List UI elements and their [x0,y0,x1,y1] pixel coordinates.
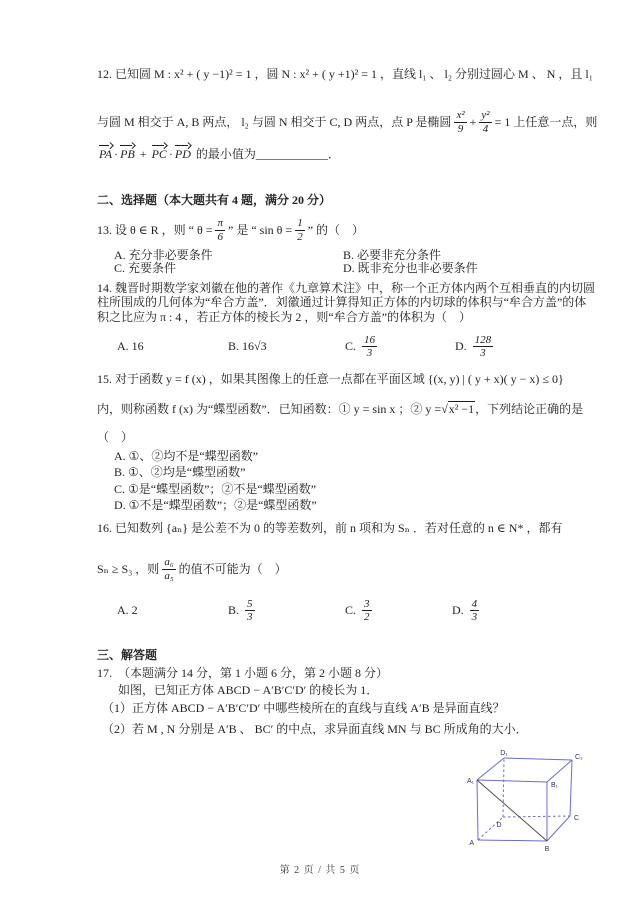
q15-line2-pre: 内，则称函数 f (x) 为“蝶型函数”．已知函数：① y = sin x ；②… [97,402,441,417]
q12-frac-y-num: y² [479,109,491,122]
q15-option-d: D. ①不是“蝶型函数”；②是“蝶型函数” [114,498,317,513]
cube-vertex-label-a: A [469,840,474,847]
q13-frac-a-num: π [215,217,225,230]
cube-edge-dc [503,816,570,817]
q16-option-b-label: B. [228,603,239,618]
cube-vertex-label-c1: C₁ [575,754,583,761]
cube-edge-d1c1 [504,758,572,760]
q14-line-3: 积之比应为 π : 4 ，若正方体的棱长为 2 ，则“牟合方盖”的体积为（ ） [97,310,471,325]
cube-edge-dd1 [503,758,504,817]
q12-vector-pb: PB [120,147,135,162]
q14-option-b: B. 16√3 [228,333,267,360]
q16-option-c-label: C. [345,603,356,618]
cube-vertex-label-b: B [545,846,550,853]
cube-edge-c1b1 [547,760,572,782]
q12-line2-pre: 与圆 M 相交于 A, B 两点， l₂ 与圆 N 相交于 C, D 两点，点 … [97,115,451,130]
q12-vector-pd: PD [175,147,191,162]
q16-option-b: B. 5 3 [228,597,258,624]
q12-frac-x-num: x² [454,109,466,122]
q14-line-2: 柱所围成的几何体为“牟合方盖”．刘徽通过计算得知正方体的内切球的体积与“牟合方盖… [97,295,586,310]
q14-option-c-den: 3 [365,347,375,359]
cube-vertex-label-b1: B₁ [551,782,559,789]
q16-option-d: D. 4 3 [452,597,482,624]
q12-line3-post: 的最小值为____________． [196,147,340,161]
q12-vector-pa: PA [99,147,112,162]
q16-line-1: 16. 已知数列 {aₙ} 是公差不为 0 的等差数列，前 n 项和为 Sₙ ．… [97,521,562,536]
q12-line-1: 12. 已知圆 M : x² + ( y −1)² = 1 ，圆 N : x² … [97,67,593,82]
q12-ellipse-frac-x: x² 9 [454,109,466,134]
q14-option-d-den: 3 [478,347,488,359]
q16-option-a: A. 2 [117,597,138,624]
q16-line2-post: 的值不可能为（ ） [179,562,287,577]
q15-line2-post: ，下列结论正确的是 [475,402,583,417]
q12-plus-sign: + [470,115,477,130]
q13-option-c: C. 充要条件 [114,261,176,276]
q13-pre: 13. 设 θ ∈ R ，则 “ θ = [97,223,212,238]
q12-dot-1: · [114,147,118,161]
q16-frac-a6-a5: a₆ a₅ [162,556,175,581]
q14-line-1: 14. 魏晋时期数学家刘徽在他的著作《九章算术注》中，称一个正方体内两个互相垂直… [97,281,595,296]
q14-option-a-label: A. 16 [117,339,144,354]
q16-option-c-frac: 3 2 [362,598,372,623]
cube-vertex-label-c: C [574,815,579,822]
cube-vertex-label-a1: A₁ [467,778,475,785]
q15-line-3: （ ） [97,430,133,445]
q12-line2-post: = 1 上任意一点，则 [495,115,598,130]
q14-option-a: A. 16 [117,333,144,360]
q12-frac-x-den: 9 [456,123,466,135]
q16-option-c-den: 2 [362,611,372,623]
q14-option-c-frac: 16 3 [362,334,377,359]
q12-ellipse-frac-y: y² 4 [479,109,491,134]
q16-option-b-num: 5 [245,598,255,611]
cube-vertex-label-d1: D₁ [500,750,508,757]
section-3-title: 三、解答题 [97,648,157,663]
q17-line-1: 17. （本题满分 14 分，第 1 小题 6 分，第 2 小题 8 分） [97,666,388,681]
q16-option-c-num: 3 [362,598,372,611]
q15-option-c: C. ①是“蝶型函数”；②不是“蝶型函数” [114,482,316,497]
q13-option-d: D. 既非充分也非必要条件 [343,261,478,276]
q13-frac-1-2: 1 2 [295,217,305,242]
q13-frac-pi-6: π 6 [215,217,225,242]
q16-option-d-den: 3 [470,611,480,623]
cube-edge-cc1 [570,760,572,816]
q14-option-b-label: B. 16√3 [228,339,267,354]
q15-sqrt-body: x² −1 [448,401,475,417]
q14-option-d-num: 128 [473,334,494,347]
cube-edge-aa1 [477,780,478,840]
q17-item-1: （1）正方体 ABCD − A′B′C′D′ 中哪些棱所在的直线与直线 A′B … [102,701,505,716]
q14-option-d: D. 128 3 [455,333,496,360]
q16-option-c: C. 3 2 [345,597,375,624]
q16-option-d-label: D. [452,603,464,618]
cube-edge-ab [478,840,547,841]
q16-frac-num: a₆ [162,556,175,569]
q17-item-2: （2）若 M , N 分别是 A′B 、 BC′ 的中点，求异面直线 MN 与 … [102,722,528,737]
cube-figure: A₁ B₁ C₁ D₁ A B C D [466,746,606,864]
cube-edge-b1a1 [477,780,547,782]
cube-diagonal-a1b [477,780,547,841]
cube-vertex-label-d: D [496,822,501,829]
q13-stem: 13. 设 θ ∈ R ，则 “ θ = π 6 ” 是 “ sin θ = 1… [97,214,364,246]
q17-line-2: 如图，已知正方体 ABCD − A′B′C′D′ 的棱长为 1． [118,683,378,698]
q12-plus-2: + [140,147,147,161]
q14-option-c-num: 16 [362,334,377,347]
q12-line-3: PA·PB + PC·PD 的最小值为____________． [97,147,340,162]
q16-option-b-den: 3 [245,611,255,623]
cube-hidden-edges [478,758,570,840]
cube-solid-edges [477,758,572,841]
q14-option-c: C. 16 3 [345,333,380,360]
exam-page: 12. 已知圆 M : x² + ( y −1)² = 1 ，圆 N : x² … [0,0,640,905]
q16-line2-pre: Sₙ ≥ S₃ ，则 [97,562,159,577]
page-footer: 第 2 页 / 共 5 页 [0,861,640,876]
q15-option-b: B. ①、②均是“蝶型函数” [114,465,245,480]
q16-option-b-frac: 5 3 [245,598,255,623]
q12-line-2: 与圆 M 相交于 A, B 两点， l₂ 与圆 N 相交于 C, D 两点，点 … [97,104,597,140]
cube-edge-bc [547,816,570,841]
q15-line-2: 内，则称函数 f (x) 为“蝶型函数”．已知函数：① y = sin x ；②… [97,399,583,419]
q12-frac-y-den: 4 [481,123,491,135]
q14-option-d-label: D. [455,339,467,354]
q15-option-a: A. ①、②均不是“蝶型函数” [114,449,258,464]
q13-post: ” 的（ ） [308,223,364,238]
q15-radical-sign: √ [441,402,448,417]
q16-option-a-label: A. 2 [117,603,138,618]
cube-edge-a1d1 [477,758,504,780]
q14-option-d-frac: 128 3 [473,334,494,359]
section-2-title: 二、选择题（本大题共有 4 题，满分 20 分） [97,193,331,208]
q14-option-c-label: C. [345,339,356,354]
q13-frac-b-num: 1 [295,217,305,230]
q13-frac-a-den: 6 [215,231,225,243]
q13-mid: ” 是 “ sin θ = [228,223,292,238]
q15-line-1: 15. 对于函数 y = f (x) ，如果其图像上的任意一点都在平面区域 {(… [97,372,564,387]
q12-vector-pc: PC [152,147,167,162]
q13-frac-b-den: 2 [295,231,305,243]
q16-option-d-frac: 4 3 [470,598,480,623]
q16-option-d-num: 4 [470,598,480,611]
q12-dot-2: · [169,147,173,161]
q16-frac-den: a₅ [162,570,175,582]
q16-line-2: Sₙ ≥ S₃ ，则 a₆ a₅ 的值不可能为（ ） [97,552,287,586]
